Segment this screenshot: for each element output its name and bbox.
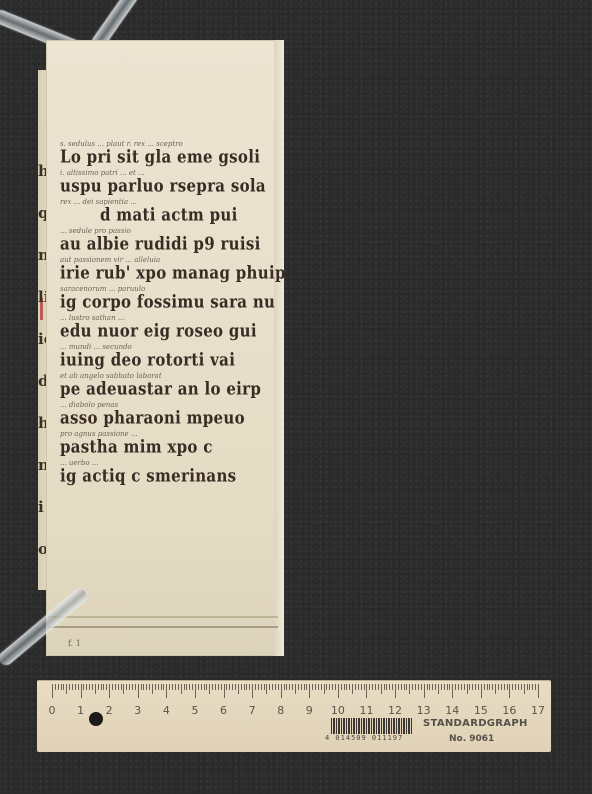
ruler-tick (272, 684, 273, 690)
manuscript-line: ... diabolo penasasso pharaoni mpeuo (60, 401, 275, 430)
ruler-tick (332, 684, 333, 690)
ruler-number: 11 (359, 704, 373, 717)
ruler-tick (415, 684, 416, 690)
ruler-tick (244, 684, 245, 690)
main-text: pastha mim xpo c (60, 436, 213, 457)
ruler-tick (538, 684, 539, 698)
ruler-tick (206, 684, 207, 690)
ruler-tick (386, 684, 387, 690)
main-text: iuing deo rotorti vai (60, 349, 235, 370)
ruler-tick (304, 684, 305, 690)
ruler-tick (341, 684, 342, 690)
main-text: asso pharaoni mpeuo (60, 407, 245, 428)
ruler-tick (209, 684, 210, 694)
ruler-tick (346, 684, 347, 690)
ruler-tick (255, 684, 256, 690)
shelfmark: f. 1 (68, 639, 81, 648)
ruler-tick (215, 684, 216, 690)
ruler-tick (406, 684, 407, 690)
ruler-tick (435, 684, 436, 690)
ruler-tick (141, 684, 142, 690)
ruler-tick (143, 684, 144, 690)
ruler-tick (438, 684, 439, 694)
ruler-tick (492, 684, 493, 690)
ruler-tick (498, 684, 499, 690)
ruler-tick (69, 684, 70, 690)
ruler-tick (321, 684, 322, 690)
ruler-number: 13 (417, 704, 431, 717)
ruler-tick (186, 684, 187, 690)
ruler-tick (458, 684, 459, 690)
ruler-brand: STANDARDGRAPH (423, 718, 528, 729)
ruler-tick (229, 684, 230, 690)
ruler-tick (381, 684, 382, 694)
manuscript-line: s. sedulus ... plaut r. rex ... sceptroL… (60, 140, 275, 169)
ruler-number: 2 (106, 704, 113, 717)
ruler-number: 9 (306, 704, 313, 717)
ruler-hole (89, 712, 103, 726)
ruler-tick (401, 684, 402, 690)
ruler-tick (361, 684, 362, 690)
ruler-tick (309, 684, 310, 698)
ruler-tick (404, 684, 405, 690)
manuscript-line: aut passionem vir ... alleluiairie rub' … (60, 256, 275, 285)
ruler-tick (63, 684, 64, 690)
ruler-tick (364, 684, 365, 690)
ruler-tick (444, 684, 445, 690)
ruler-tick (372, 684, 373, 690)
ruler-tick (155, 684, 156, 690)
main-text: d mati actm pui (100, 204, 238, 225)
main-text: pe adeuastar an lo eirp (60, 378, 261, 399)
ruler-tick (478, 684, 479, 690)
main-text: ig corpo fossimu sara nu (60, 291, 275, 312)
ruler-tick (123, 684, 124, 694)
manuscript-line: saracenorum ... paruuloig corpo fossimu … (60, 285, 275, 314)
ruler-tick (241, 684, 242, 690)
ruler-tick (527, 684, 528, 690)
ruler-tick (101, 684, 102, 690)
ruler-tick (398, 684, 399, 690)
ruler-tick (66, 684, 67, 694)
ruler-number: 10 (331, 704, 345, 717)
ruler-tick (181, 684, 182, 694)
ruler-tick (106, 684, 107, 690)
ruler-tick (424, 684, 425, 698)
ruler-number: 17 (531, 704, 545, 717)
ruler-tick (452, 684, 453, 698)
ruler-tick (449, 684, 450, 690)
ruler-tick (278, 684, 279, 690)
ruler-tick (224, 684, 225, 698)
ruler-tick (121, 684, 122, 690)
ruler-tick (264, 684, 265, 690)
ruler-tick (129, 684, 130, 690)
ruler-tick (432, 684, 433, 690)
ruler-tick (55, 684, 56, 690)
ruler-tick (61, 684, 62, 690)
manuscript-line: et ab angelo sabbato laboratpe adeuastar… (60, 372, 275, 401)
manuscript-line: ... uerbo ...ig actiq c smerinans (60, 459, 275, 488)
right-edge (274, 40, 284, 656)
ruler-number: 16 (502, 704, 516, 717)
ruler-tick (518, 684, 519, 690)
ruler-tick (447, 684, 448, 690)
ruler-tick (484, 684, 485, 690)
ruler-tick (284, 684, 285, 690)
ruler-tick (324, 684, 325, 694)
ruler-tick (489, 684, 490, 690)
ruler-tick (524, 684, 525, 694)
ruler-tick (132, 684, 133, 690)
ruler-tick (318, 684, 319, 690)
ruler-tick (98, 684, 99, 690)
main-text: uspu parluo rsepra sola (60, 175, 266, 196)
ruler-tick (166, 684, 167, 698)
ruler-tick (138, 684, 139, 698)
ruler-number: 4 (163, 704, 170, 717)
ruler-tick (389, 684, 390, 690)
ruler-tick (532, 684, 533, 690)
ruler-tick (358, 684, 359, 690)
ruler-tick (512, 684, 513, 690)
ruler-tick (235, 684, 236, 690)
ruler-tick (232, 684, 233, 690)
ruler-tick (501, 684, 502, 690)
ruler-tick (95, 684, 96, 694)
barcode-number: 4 014509 011197 (325, 734, 403, 742)
ruler-number: 7 (249, 704, 256, 717)
ruler-tick (269, 684, 270, 690)
fold-line (48, 616, 278, 618)
ruler-tick (349, 684, 350, 690)
main-text: Lo pri sit gla eme gsoli (60, 146, 260, 167)
ruler-tick (175, 684, 176, 690)
ruler-number: 6 (220, 704, 227, 717)
manuscript-line: ... mundi ... secundoiuing deo rotorti v… (60, 343, 275, 372)
ruler-tick (292, 684, 293, 690)
ruler-tick (212, 684, 213, 690)
ruler-tick (146, 684, 147, 690)
ruler-tick (86, 684, 87, 690)
ruler-tick (338, 684, 339, 698)
ruler-tick (163, 684, 164, 690)
ruler-tick (226, 684, 227, 690)
ruler-tick (378, 684, 379, 690)
ruler-tick (192, 684, 193, 690)
ruler-tick (221, 684, 222, 690)
ruler-tick (218, 684, 219, 690)
ruler-tick (169, 684, 170, 690)
scale-ruler: 01234567891011121314151617 4 014509 0111… (37, 680, 551, 752)
ruler-number: 8 (277, 704, 284, 717)
ruler-tick (409, 684, 410, 694)
ruler-tick (198, 684, 199, 690)
ruler-tick (344, 684, 345, 690)
ruler-tick (258, 684, 259, 690)
ruler-tick (58, 684, 59, 690)
ruler-tick (178, 684, 179, 690)
ruler-tick (289, 684, 290, 690)
ruler-tick (75, 684, 76, 690)
ruler-number: 12 (388, 704, 402, 717)
ruler-tick (246, 684, 247, 690)
manuscript-line: pro agnus passione ...pastha mim xpo c (60, 430, 275, 459)
ruler-tick (301, 684, 302, 690)
ruler-tick (295, 684, 296, 694)
barcode (331, 718, 413, 734)
ruler-tick (89, 684, 90, 690)
main-text: edu nuor eig roseo gui (60, 320, 257, 341)
ruler-tick (395, 684, 396, 698)
ruler-tick (126, 684, 127, 690)
ruler-model: No. 9061 (449, 734, 494, 744)
ruler-number: 5 (191, 704, 198, 717)
ruler-tick (109, 684, 110, 698)
ruler-tick (249, 684, 250, 690)
ruler-tick (92, 684, 93, 690)
ruler-tick (335, 684, 336, 690)
ruler-tick (275, 684, 276, 690)
ruler-tick (238, 684, 239, 694)
ruler-tick (455, 684, 456, 690)
ruler-tick (83, 684, 84, 690)
ruler-tick (467, 684, 468, 694)
ruler-tick (312, 684, 313, 690)
ruler-tick (495, 684, 496, 694)
ruler-tick (158, 684, 159, 690)
ruler-tick (115, 684, 116, 690)
ruler-tick (521, 684, 522, 690)
ruler-tick (392, 684, 393, 690)
ruler-tick (429, 684, 430, 690)
ruler-tick (112, 684, 113, 690)
ruler-number: 3 (134, 704, 141, 717)
ruler-tick (475, 684, 476, 690)
ruler-tick (149, 684, 150, 690)
ruler-tick (472, 684, 473, 690)
ruler-tick (201, 684, 202, 690)
ruler-tick (329, 684, 330, 690)
manuscript-line: ... lustro sathan ... edu nuor eig roseo… (60, 314, 275, 343)
ruler-tick (152, 684, 153, 694)
ruler-tick (81, 684, 82, 698)
ruler-tick (118, 684, 119, 690)
ruler-tick (326, 684, 327, 690)
main-text: ig actiq c smerinans (60, 465, 236, 486)
ruler-tick (412, 684, 413, 690)
text-block: s. sedulus ... plaut r. rex ... sceptroL… (60, 140, 275, 488)
ruler-tick (441, 684, 442, 690)
ruler-tick (286, 684, 287, 690)
ruler-tick (427, 684, 428, 690)
ruler-tick (366, 684, 367, 698)
ruler-tick (369, 684, 370, 690)
ruler-number: 14 (445, 704, 459, 717)
ruler-tick (507, 684, 508, 690)
ruler-tick (195, 684, 196, 698)
ruler-tick (461, 684, 462, 690)
ruler-tick (421, 684, 422, 690)
ruler-tick (487, 684, 488, 690)
ruler-tick (418, 684, 419, 690)
main-text: au albie rudidi p9 ruisi (60, 233, 261, 254)
ruler-number: 0 (49, 704, 56, 717)
ruler-number: 1 (77, 704, 84, 717)
ruler-tick (504, 684, 505, 690)
ruler-tick (261, 684, 262, 690)
ruler-tick (281, 684, 282, 698)
ruler-tick (184, 684, 185, 690)
ruler-tick (103, 684, 104, 690)
ruler-tick (189, 684, 190, 690)
manuscript-line: i. altissimo patri ... et ...uspu parluo… (60, 169, 275, 198)
ruler-tick (515, 684, 516, 690)
ruler-tick (72, 684, 73, 690)
ruler-tick (78, 684, 79, 690)
main-text: irie rub' xpo manag phuip (60, 262, 286, 283)
manuscript-line: ... sedule pro passioau albie rudidi p9 … (60, 227, 275, 256)
ruler-tick (172, 684, 173, 690)
ruler-tick (266, 684, 267, 694)
ruler-tick (135, 684, 136, 690)
ruler-tick (355, 684, 356, 690)
ruler-tick (509, 684, 510, 698)
fold-line (48, 626, 278, 628)
ruler-tick (315, 684, 316, 690)
ruler-tick (52, 684, 53, 698)
ruler-tick (298, 684, 299, 690)
ruler-tick (464, 684, 465, 690)
ruler-tick (384, 684, 385, 690)
ruler-tick (352, 684, 353, 694)
ruler-tick (535, 684, 536, 690)
ruler-tick (481, 684, 482, 698)
ruler-tick (529, 684, 530, 690)
manuscript-line: rex ... dei sapientia ...d mati actm pui (60, 198, 275, 227)
ruler-tick (252, 684, 253, 698)
ruler-tick (306, 684, 307, 690)
ruler-tick (375, 684, 376, 690)
ruler-tick (469, 684, 470, 690)
ruler-ticks: 01234567891011121314151617 (52, 684, 538, 700)
ruler-tick (204, 684, 205, 690)
parchment-leaf: s. sedulus ... plaut r. rex ... sceptroL… (46, 40, 284, 656)
ruler-number: 15 (474, 704, 488, 717)
ruler-tick (161, 684, 162, 690)
